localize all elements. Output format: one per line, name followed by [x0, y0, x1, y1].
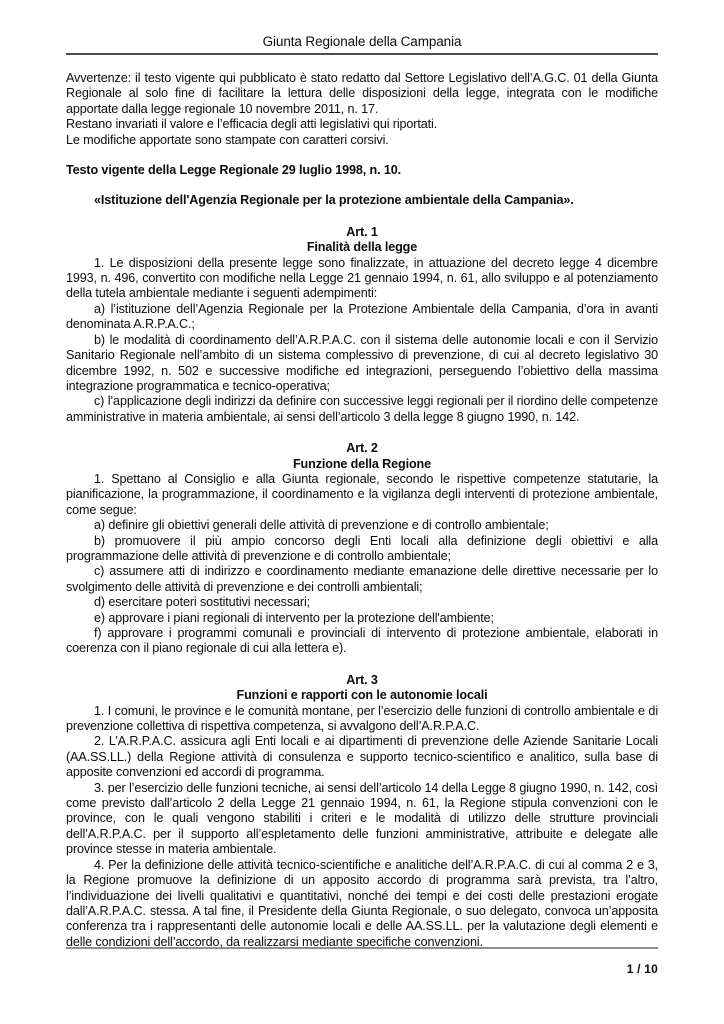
- article-2-paragraph: f) approvare i programmi comunali e prov…: [66, 626, 658, 657]
- article-3-paragraph: 2. L’A.R.P.A.C. assicura agli Enti local…: [66, 734, 658, 780]
- article-2-paragraph: 1. Spettano al Consiglio e alla Giunta r…: [66, 472, 658, 518]
- intro-line-validity: Restano invariati il valore e l’efficaci…: [66, 117, 658, 132]
- article-1-paragraph: 1. Le disposizioni della presente legge …: [66, 256, 658, 302]
- document-footer: 1 / 10: [66, 947, 658, 976]
- article-1-title: Finalità della legge: [66, 240, 658, 255]
- article-2-paragraph: c) assumere atti di indirizzo e coordina…: [66, 564, 658, 595]
- article-1-number: Art. 1: [66, 225, 658, 240]
- intro-line-corsivi: Le modifiche apportate sono stampate con…: [66, 133, 658, 148]
- article-2-paragraph: b) promuovere il più ampio concorso degl…: [66, 534, 658, 565]
- article-2: Art. 2 Funzione della Regione 1. Spettan…: [66, 441, 658, 657]
- article-2-number: Art. 2: [66, 441, 658, 456]
- avvertenze-paragraph: Avvertenze: il testo vigente qui pubblic…: [66, 71, 658, 117]
- testo-vigente-heading: Testo vigente della Legge Regionale 29 l…: [66, 163, 658, 178]
- article-3-number: Art. 3: [66, 673, 658, 688]
- article-1-paragraph: a) l’istituzione dell’Agenzia Regionale …: [66, 302, 658, 333]
- law-title: «Istituzione dell'Agenzia Regionale per …: [66, 193, 658, 208]
- document-page: Giunta Regionale della Campania Avverten…: [0, 0, 724, 1024]
- header-divider: [66, 53, 658, 55]
- article-1-paragraph: c) l’applicazione degli indirizzi da def…: [66, 394, 658, 425]
- article-2-paragraph: d) esercitare poteri sostitutivi necessa…: [66, 595, 658, 610]
- article-3: Art. 3 Funzioni e rapporti con le autono…: [66, 673, 658, 950]
- header-title: Giunta Regionale della Campania: [66, 34, 658, 50]
- article-3-paragraph: 3. per l’esercizio delle funzioni tecnic…: [66, 781, 658, 858]
- page-number: 1 / 10: [66, 962, 658, 976]
- article-1-paragraph: b) le modalità di coordinamento dell’A.R…: [66, 333, 658, 395]
- article-2-paragraph: e) approvare i piani regionali di interv…: [66, 611, 658, 626]
- article-3-title: Funzioni e rapporti con le autonomie loc…: [66, 688, 658, 703]
- footer-divider: [66, 947, 658, 949]
- article-2-paragraph: a) definire gli obiettivi generali delle…: [66, 518, 658, 533]
- article-2-title: Funzione della Regione: [66, 457, 658, 472]
- article-1: Art. 1 Finalità della legge 1. Le dispos…: [66, 225, 658, 425]
- article-3-paragraph: 4. Per la definizione delle attività tec…: [66, 858, 658, 950]
- article-3-paragraph: 1. I comuni, le province e le comunità m…: [66, 704, 658, 735]
- document-body: Avvertenze: il testo vigente qui pubblic…: [66, 71, 658, 950]
- document-header: Giunta Regionale della Campania: [66, 34, 658, 55]
